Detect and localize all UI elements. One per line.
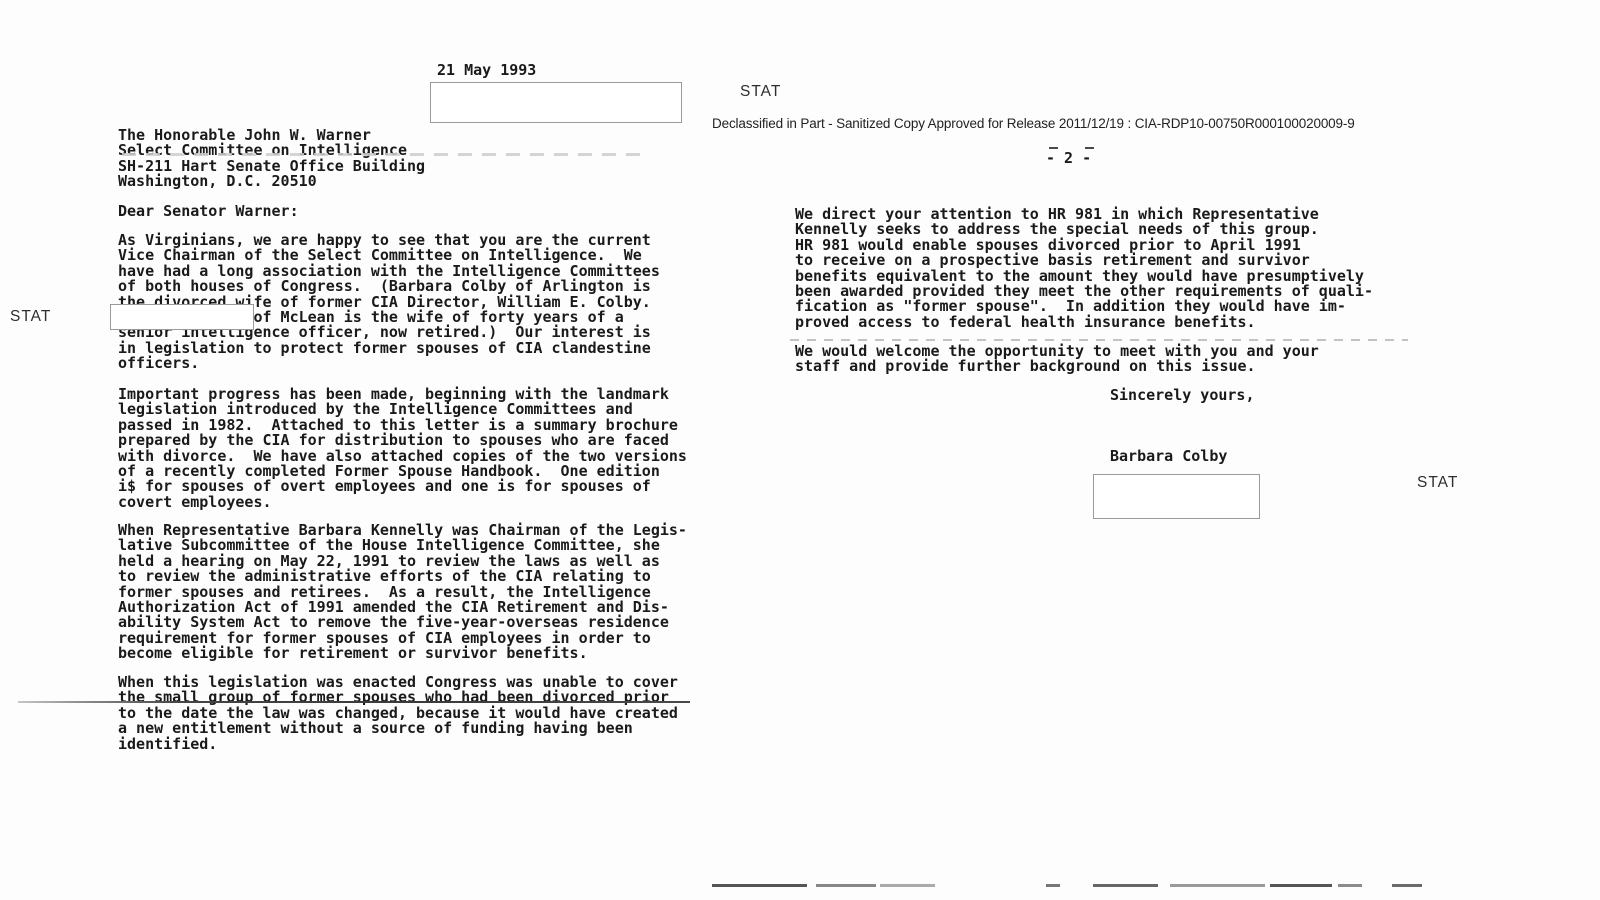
salutation: Dear Senator Warner: (118, 204, 299, 219)
page-number-overstrike-right (1085, 147, 1094, 149)
letter-date: 21 May 1993 (437, 63, 536, 78)
scan-edge-segment (1270, 884, 1332, 887)
document-scan: STAT 21 May 1993 The Honorable John W. W… (0, 0, 1600, 900)
paragraph-4: When this legislation was enacted Congre… (118, 675, 678, 752)
scan-edge-segment (1046, 884, 1060, 887)
scan-edge-segment (1093, 884, 1158, 887)
stat-marking-top: STAT (740, 83, 781, 101)
scan-edge-segment (1170, 884, 1265, 887)
stat-marking-right: STAT (1417, 474, 1458, 492)
paragraph-1: As Virginians, we are happy to see that … (118, 233, 660, 372)
page-number: - 2 - (1046, 151, 1091, 166)
paragraph-3: When Representative Barbara Kennelly was… (118, 523, 687, 662)
paragraph-2: Important progress has been made, beginn… (118, 387, 687, 510)
scan-edge-segment (880, 884, 935, 887)
paragraph-6: We would welcome the opportunity to meet… (795, 344, 1319, 375)
page-number-overstrike-left (1049, 147, 1058, 149)
scan-edge-segment (1392, 884, 1422, 887)
redaction-box-inline-name (110, 304, 254, 330)
scan-dotted-line (790, 339, 1408, 341)
stat-marking-left-margin: STAT (10, 308, 51, 326)
redaction-box-signature (1093, 474, 1260, 519)
scan-edge-segment (712, 884, 807, 887)
closing-line: Sincerely yours, (1110, 388, 1255, 403)
declassification-header: Declassified in Part - Sanitized Copy Ap… (712, 116, 1355, 131)
scan-edge-segment (816, 884, 876, 887)
signature-name: Barbara Colby (1110, 449, 1227, 464)
redaction-box-date (430, 82, 682, 123)
scan-edge-segment (1338, 884, 1362, 887)
recipient-address: The Honorable John W. Warner Select Comm… (118, 128, 425, 190)
paragraph-5: We direct your attention to HR 981 in wh… (795, 207, 1373, 330)
